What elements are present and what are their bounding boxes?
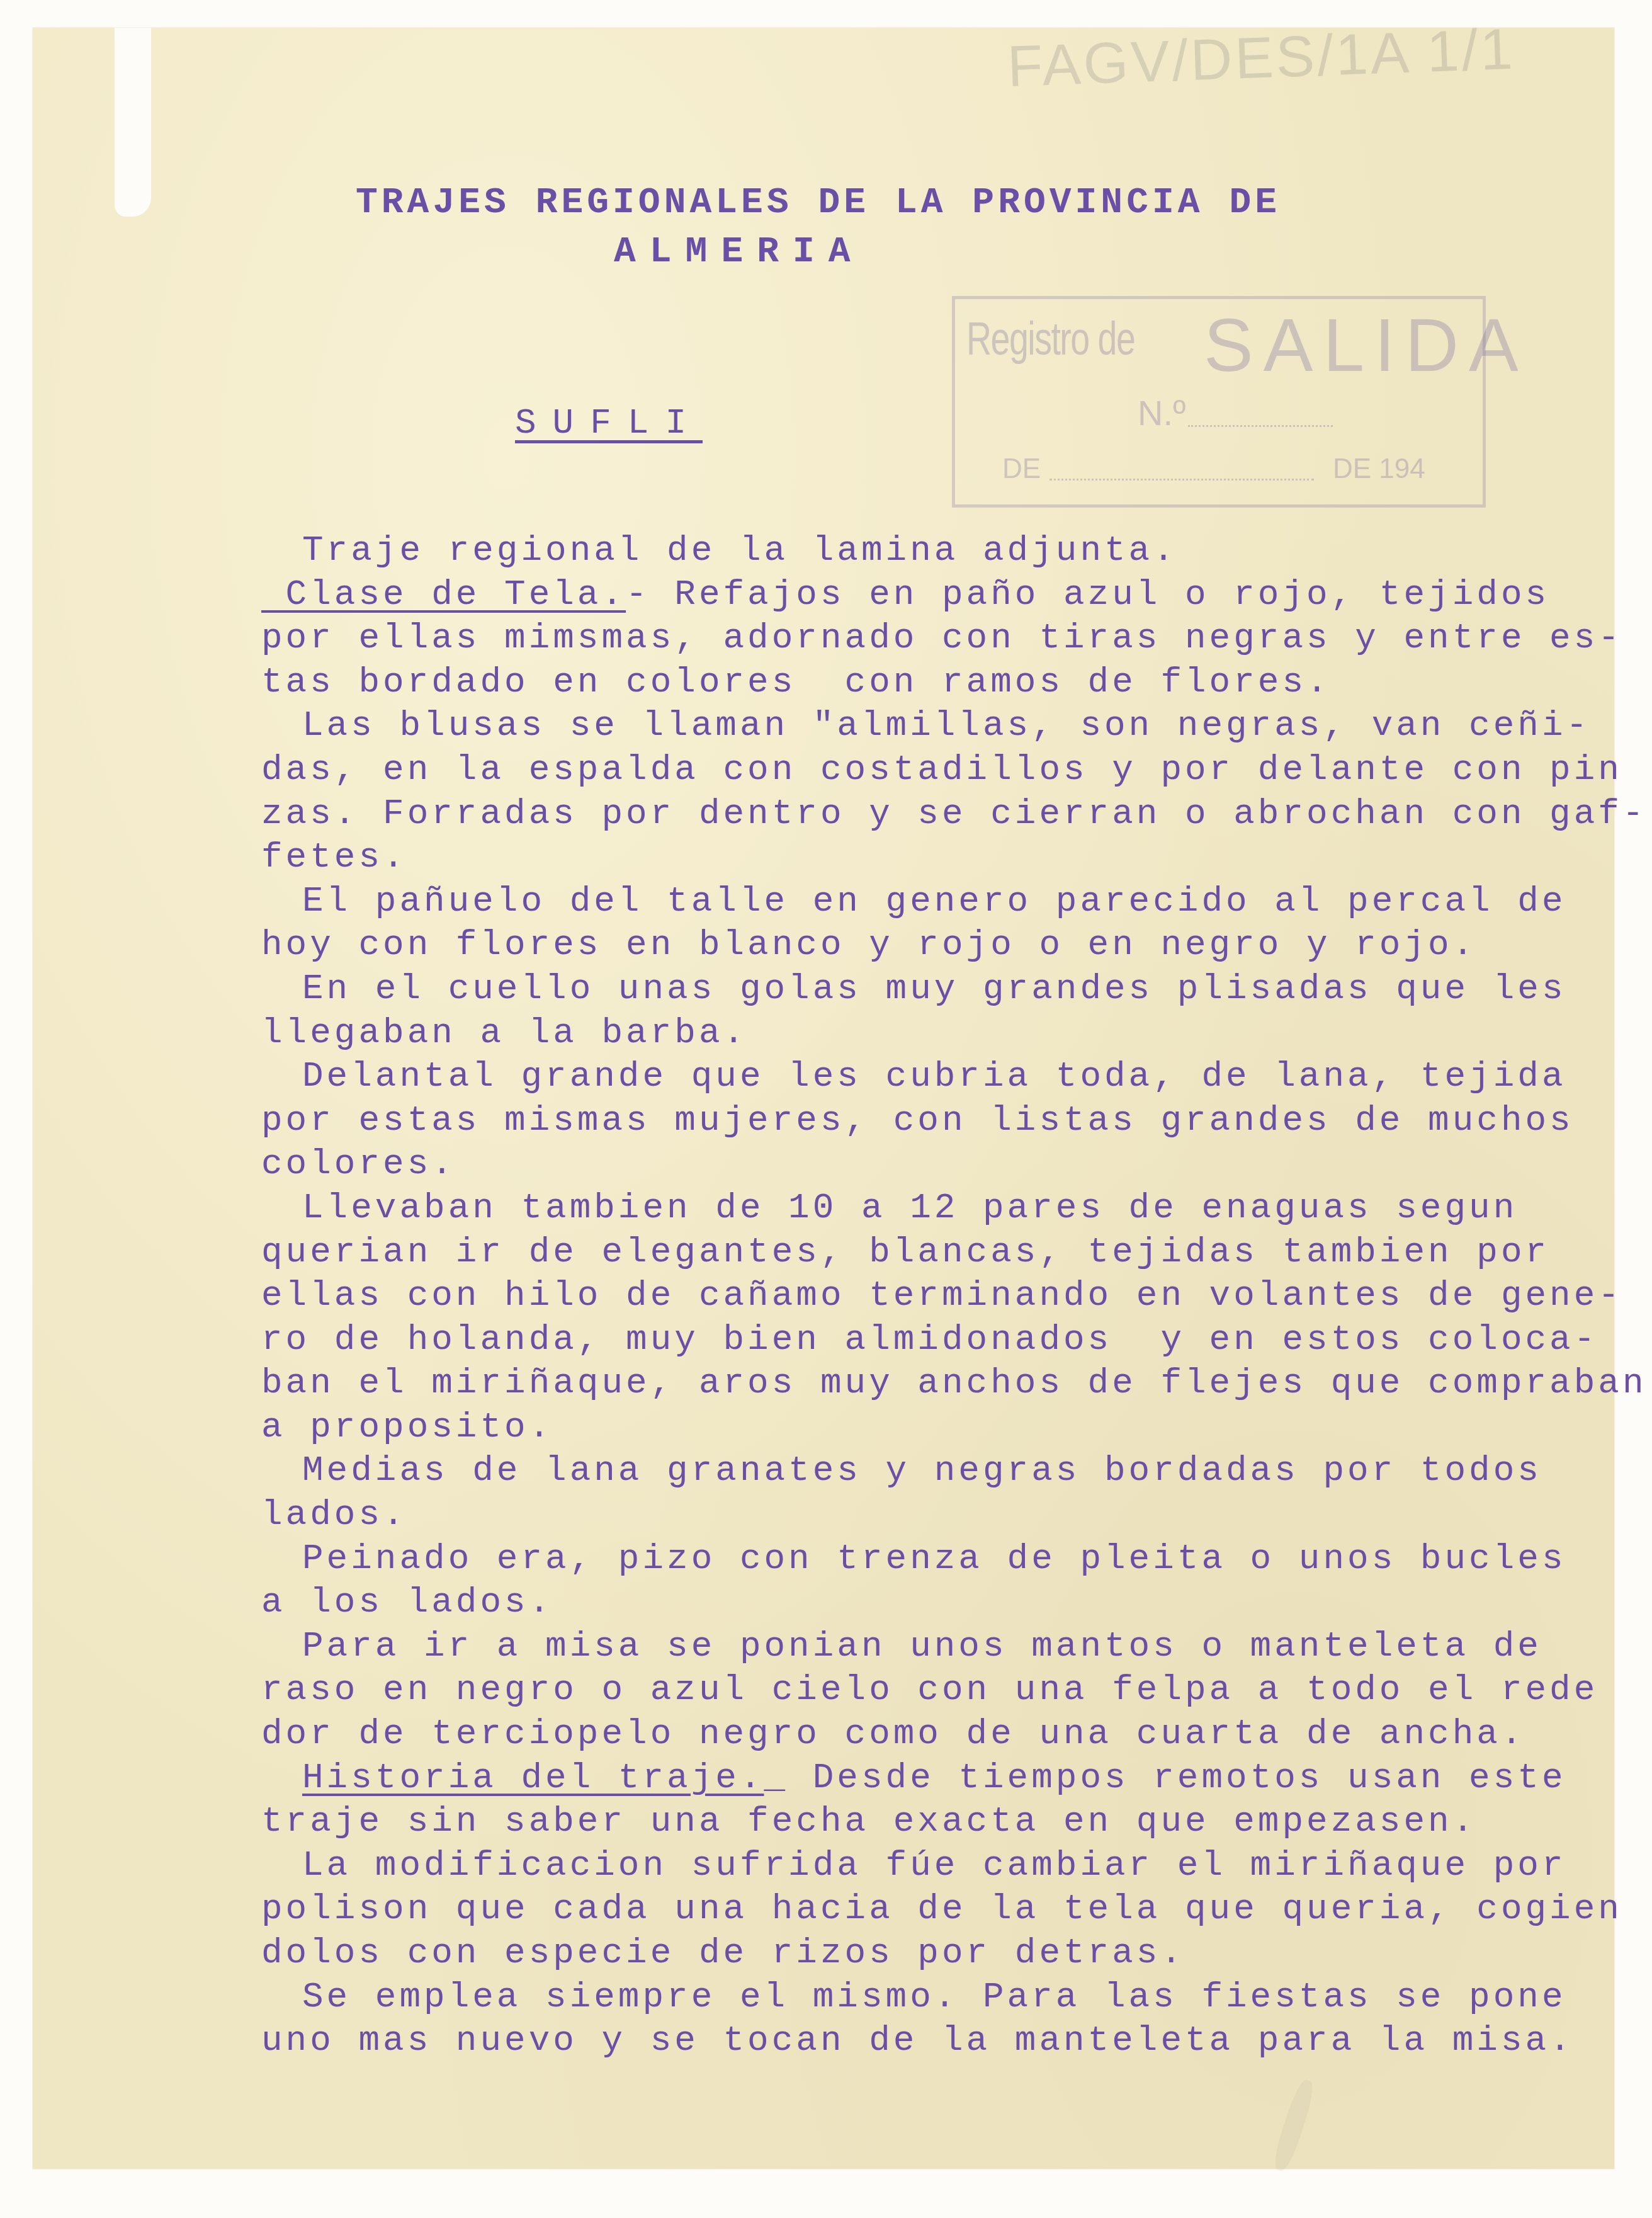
text-segment: tas bordado en colores con ramos de flor… — [261, 662, 1331, 702]
text-segment: por ellas mimsmas, adornado con tiras ne… — [261, 618, 1622, 658]
text-segment: hoy con flores en blanco y rojo o en neg… — [261, 924, 1476, 965]
text-segment: Para ir a misa se ponian unos mantos o m… — [302, 1626, 1542, 1666]
text-segment: Traje regional de la lamina adjunta. — [302, 530, 1177, 571]
section-heading: SUFLI — [515, 403, 703, 443]
text-segment: Se emplea siempre el mismo. Para las fie… — [302, 1977, 1566, 2017]
text-line: ban el miriñaque, aros muy anchos de fle… — [261, 1362, 1609, 1406]
text-line: zas. Forradas por dentro y se cierran o … — [261, 792, 1609, 836]
text-line: dolos con especie de rizos por detras. — [261, 1931, 1609, 1976]
text-segment: Peinado era, pizo con trenza de pleita o… — [302, 1538, 1566, 1579]
text-segment: Delantal grande que les cubria toda, de … — [302, 1056, 1566, 1096]
underlined-subheading: Historia del traje. — [302, 1758, 764, 1798]
text-segment: polison que cada una hacia de la tela qu… — [261, 1889, 1622, 1929]
document-body: Traje regional de la lamina adjunta. Cla… — [261, 529, 1609, 2063]
text-segment: zas. Forradas por dentro y se cierran o … — [261, 793, 1647, 834]
text-segment: - Refajos en paño azul o rojo, tejidos — [626, 574, 1549, 615]
text-line: Traje regional de la lamina adjunta. — [261, 529, 1609, 573]
text-segment: ro de holanda, muy bien almidonados y en… — [261, 1319, 1598, 1360]
text-segment: Medias de lana granates y negras bordada… — [302, 1450, 1542, 1491]
text-line: ro de holanda, muy bien almidonados y en… — [261, 1318, 1609, 1362]
text-segment: raso en negro o azul cielo con una felpa… — [261, 1669, 1598, 1710]
underlined-subheading: Clase de Tela. — [261, 574, 626, 615]
text-line: Para ir a misa se ponian unos mantos o m… — [261, 1625, 1609, 1669]
text-segment: ban el miriñaque, aros muy anchos de fle… — [261, 1363, 1647, 1403]
text-line: a los lados. — [261, 1581, 1609, 1625]
stamp-number-field — [1188, 425, 1333, 427]
text-line: El pañuelo del talle en genero parecido … — [261, 880, 1609, 924]
text-line: Las blusas se llaman "almillas, son negr… — [261, 704, 1609, 748]
text-segment: Llevaban tambien de 10 a 12 pares de ena… — [302, 1188, 1517, 1228]
text-line: hoy con flores en blanco y rojo o en neg… — [261, 923, 1609, 967]
text-line: colores. — [261, 1142, 1609, 1186]
text-segment: ellas con hilo de cañamo terminando en v… — [261, 1275, 1622, 1316]
stamp-label: Registro de — [966, 312, 1134, 365]
text-segment: colores. — [261, 1144, 456, 1184]
text-segment: En el cuello unas golas muy grandes plis… — [302, 969, 1566, 1009]
text-line: a proposito. — [261, 1406, 1609, 1450]
text-line: polison que cada una hacia de la tela qu… — [261, 1887, 1609, 1931]
text-segment: El pañuelo del talle en genero parecido … — [302, 881, 1566, 921]
stamp-date-prefix: DE — [1002, 453, 1041, 485]
text-line: uno mas nuevo y se tocan de la manteleta… — [261, 2019, 1609, 2063]
text-line: dor de terciopelo negro como de una cuar… — [261, 1712, 1609, 1756]
text-line: Medias de lana granates y negras bordada… — [261, 1449, 1609, 1493]
stamp-type: SALIDA — [1204, 303, 1529, 389]
text-line: Delantal grande que les cubria toda, de … — [261, 1055, 1609, 1099]
page-number: 1/1 — [1426, 17, 1516, 84]
reference-code: FAGV/DES/1A — [1006, 21, 1409, 99]
text-line: llegaban a la barba. — [261, 1011, 1609, 1055]
document-title: TRAJES REGIONALES DE LA PROVINCIA DE — [356, 183, 1281, 224]
stamp-date-suffix: DE 194 — [1333, 453, 1425, 485]
text-line: Clase de Tela.- Refajos en paño azul o r… — [261, 573, 1609, 617]
document-title-province: ALMERIA — [614, 232, 864, 273]
text-segment: dor de terciopelo negro como de una cuar… — [261, 1714, 1525, 1754]
text-segment: _ Desde tiempos remotos usan este — [764, 1758, 1566, 1798]
text-line: das, en la espalda con costadillos y por… — [261, 748, 1609, 792]
text-line: Llevaban tambien de 10 a 12 pares de ena… — [261, 1186, 1609, 1231]
text-segment: uno mas nuevo y se tocan de la manteleta… — [261, 2020, 1574, 2061]
torn-corner — [115, 28, 151, 217]
text-line: Peinado era, pizo con trenza de pleita o… — [261, 1537, 1609, 1581]
text-line: En el cuello unas golas muy grandes plis… — [261, 967, 1609, 1011]
text-segment: dolos con especie de rizos por detras. — [261, 1933, 1185, 1973]
text-segment: a proposito. — [261, 1407, 553, 1447]
text-line: lados. — [261, 1493, 1609, 1537]
text-line: querian ir de elegantes, blancas, tejida… — [261, 1231, 1609, 1275]
text-line: ellas con hilo de cañamo terminando en v… — [261, 1274, 1609, 1318]
text-segment: por estas mismas mujeres, con listas gra… — [261, 1100, 1574, 1140]
text-segment: traje sin saber una fecha exacta en que … — [261, 1801, 1476, 1841]
exit-register-stamp: Registro de SALIDA N.º DE DE 194 — [952, 296, 1486, 508]
text-line: fetes. — [261, 836, 1609, 880]
text-segment: llegaban a la barba. — [261, 1013, 747, 1053]
text-segment: fetes. — [261, 837, 407, 877]
text-line: raso en negro o azul cielo con una felpa… — [261, 1668, 1609, 1712]
text-segment: La modificacion sufrida fúe cambiar el m… — [302, 1845, 1566, 1885]
text-line: tas bordado en colores con ramos de flor… — [261, 661, 1609, 705]
text-line: por ellas mimsmas, adornado con tiras ne… — [261, 617, 1609, 661]
text-line: Historia del traje._ Desde tiempos remot… — [261, 1756, 1609, 1800]
text-segment: das, en la espalda con costadillos y por… — [261, 749, 1622, 790]
text-segment: lados. — [261, 1494, 407, 1535]
text-segment: Las blusas se llaman "almillas, son negr… — [302, 705, 1590, 746]
text-segment: querian ir de elegantes, blancas, tejida… — [261, 1232, 1549, 1272]
stamp-number-label: N.º — [1138, 392, 1185, 433]
text-line: Se emplea siempre el mismo. Para las fie… — [261, 1976, 1609, 2020]
text-segment: a los lados. — [261, 1582, 553, 1622]
stamp-date-field — [1049, 479, 1314, 481]
text-line: traje sin saber una fecha exacta en que … — [261, 1800, 1609, 1844]
text-line: La modificacion sufrida fúe cambiar el m… — [261, 1844, 1609, 1888]
text-line: por estas mismas mujeres, con listas gra… — [261, 1099, 1609, 1143]
